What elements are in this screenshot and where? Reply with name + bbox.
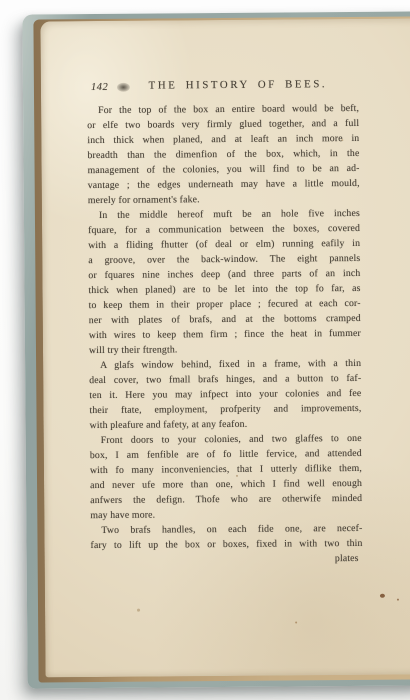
text-line: their ftate, employment, profperity and … — [89, 401, 361, 418]
running-title: THE HISTORY OF BEES. — [117, 77, 359, 94]
text-line: vantage ; the edges underneath may have … — [88, 176, 360, 193]
text-line: fary to lift up the box or boxes, fixed … — [90, 536, 362, 553]
foxing-spot — [137, 609, 140, 612]
book: 142 THE HISTORY OF BEES. For the top of … — [22, 11, 410, 688]
book-page: 142 THE HISTORY OF BEES. For the top of … — [40, 18, 410, 677]
page-number: 142 — [91, 80, 108, 95]
page-header: 142 THE HISTORY OF BEES. — [87, 77, 359, 101]
text-line: anfwers the defign. Thofe who are otherw… — [90, 491, 362, 508]
foxing-spot — [397, 599, 399, 601]
catchword: plates — [91, 551, 363, 568]
text-line: with wires to keep them firm ; fince the… — [89, 326, 361, 343]
page-content: 142 THE HISTORY OF BEES. For the top of … — [87, 77, 363, 568]
foxing-spot — [295, 621, 297, 623]
foxing-spot — [380, 594, 385, 598]
photo-background: 142 THE HISTORY OF BEES. For the top of … — [0, 0, 410, 700]
